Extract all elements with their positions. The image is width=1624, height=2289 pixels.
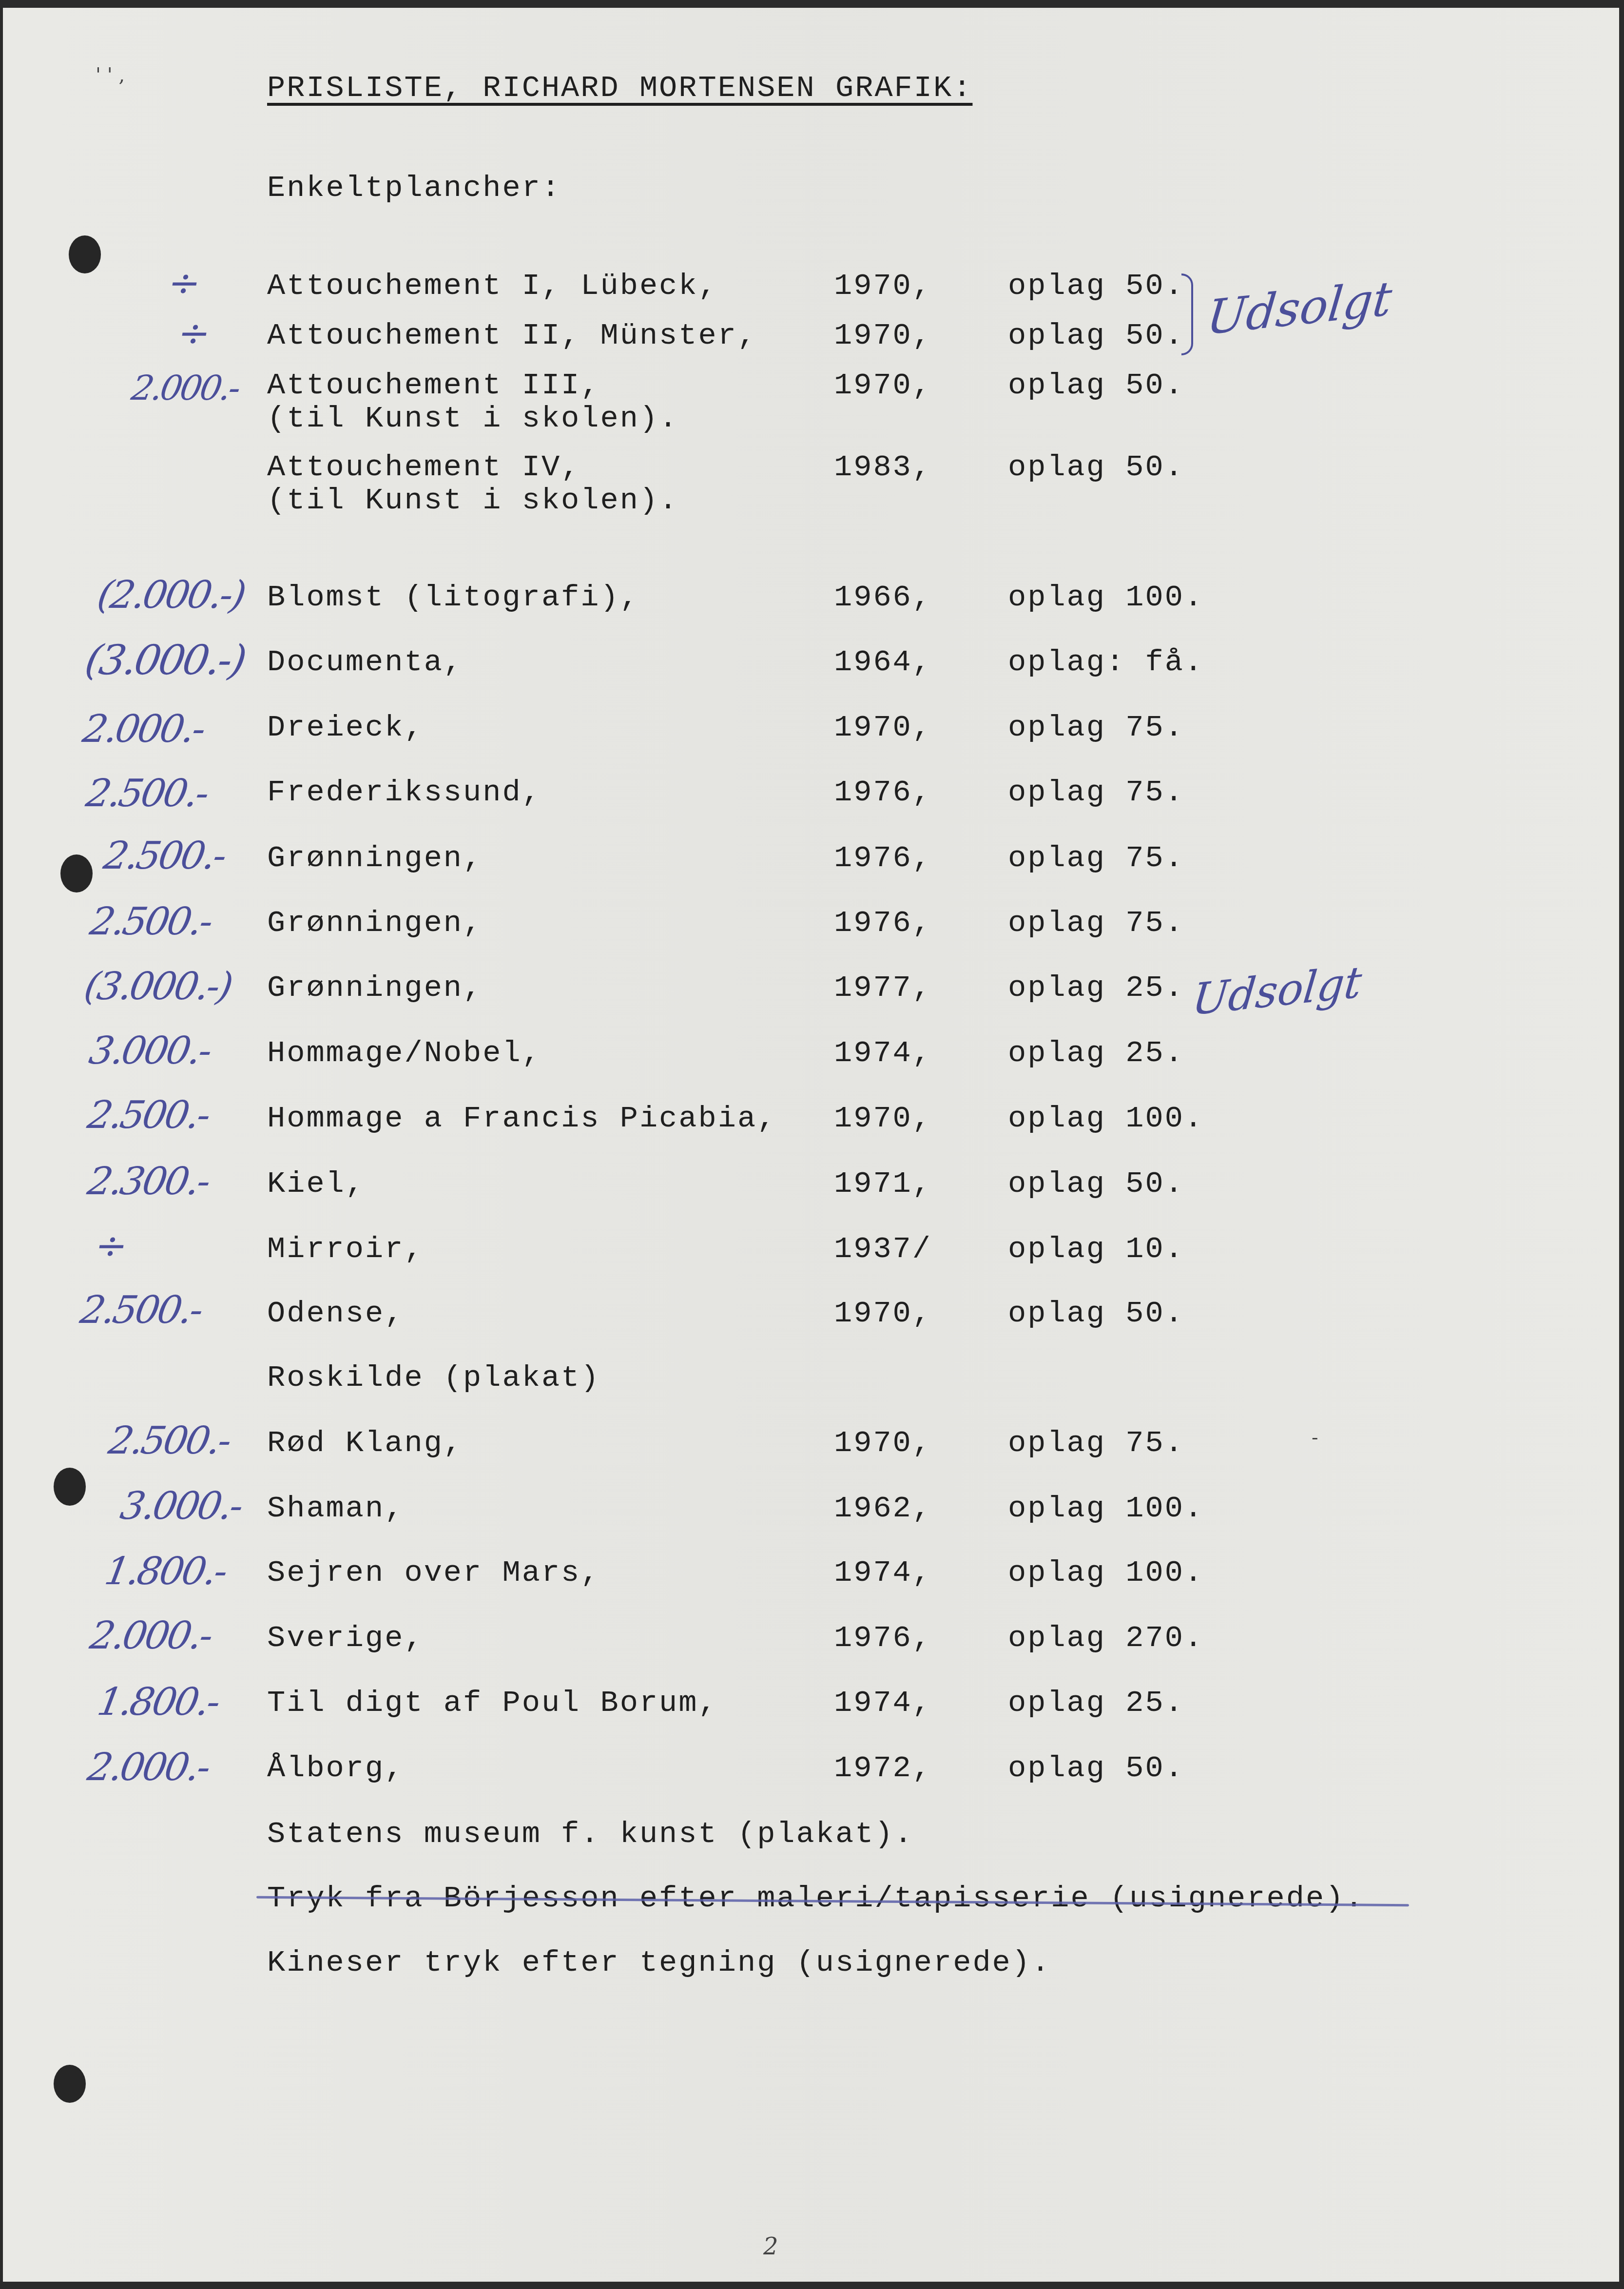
entry-year: 1976, [834,906,932,940]
entry-edition: oplag 50. [1008,1751,1184,1785]
entry-edition: oplag 75. [1008,841,1184,875]
entry-title: Hommage a Francis Picabia, [267,1102,776,1136]
page-number-mark: 2 [763,2233,778,2260]
entry-edition: oplag 75. [1008,711,1184,745]
footer-line-kineser-tryk: Kineser tryk efter tegning (usignerede). [267,1946,1051,1980]
price-note: 2.000.- [80,710,207,749]
entry-edition: oplag 270. [1008,1621,1204,1655]
entry-title: Attouchement III, [267,369,600,403]
entry-edition: oplag 50. [1008,450,1184,485]
entry-year: 1970, [834,1102,932,1136]
entry-year: 1937/ [834,1232,932,1266]
entry-title: Hommage/Nobel, [267,1036,541,1070]
price-note: 2.000.- [85,1748,212,1787]
price-note: 2.500.- [101,836,228,875]
entry-edition: oplag 75. [1008,776,1184,810]
entry-title: Roskilde (plakat) [267,1361,600,1395]
entry-title: Mirroir, [267,1232,424,1266]
entry-year: 1964, [834,645,932,679]
entry-edition: oplag 75. [1008,1426,1184,1460]
entry-year: 1971, [834,1167,932,1201]
entry-edition: oplag 50. [1008,1297,1184,1331]
entry-year: 1976, [834,841,932,875]
price-note: (3.000.-) [82,640,248,679]
entry-edition: oplag 75. [1008,906,1184,940]
entry-edition: oplag 25. [1008,971,1184,1005]
stray-mark-top-left: ' ' , [96,64,125,86]
entry-title: Attouchement II, Münster, [267,319,757,353]
entry-edition: oplag 50. [1008,369,1184,403]
section-heading: Enkeltplancher: [267,171,561,205]
price-note: 3.000.- [117,1487,245,1526]
entry-edition: oplag 10. [1008,1232,1184,1266]
price-note: 2.500.- [106,1421,233,1460]
page-title: PRISLISTE, RICHARD MORTENSEN GRAFIK: [267,71,972,105]
price-note: 3.000.- [86,1031,213,1070]
entry-title: Dreieck, [267,711,424,745]
entry-year: 1970, [834,1297,932,1331]
punch-hole-2 [60,854,93,892]
document-page: ' ' , - PRISLISTE, RICHARD MORTENSEN GRA… [3,8,1619,2282]
price-note: ÷ [165,264,204,303]
entry-year: 1974, [834,1686,932,1720]
entry-subtitle: (til Kunst i skolen). [267,402,678,436]
sold-out-note: Udsolgt [1204,271,1394,346]
entry-title: Documenta, [267,645,463,679]
entry-year: 1976, [834,1621,932,1655]
entry-edition: oplag 50. [1008,269,1184,303]
price-note: 2.000.- [129,369,242,407]
price-note: 2.500.- [83,774,211,813]
price-note: 1.800.- [95,1683,222,1722]
entry-edition: oplag 100. [1008,581,1204,615]
entry-title: Odense, [267,1297,404,1331]
entry-edition: oplag 100. [1008,1102,1204,1136]
entry-title: Sejren over Mars, [267,1556,600,1590]
entry-title: Grønningen, [267,971,483,1005]
entry-edition: oplag 50. [1008,319,1184,353]
punch-hole-4 [54,2065,86,2103]
sold-out-note: Udsolgt [1190,956,1364,1025]
punch-hole-1 [69,235,101,273]
entry-year: 1970, [834,269,932,303]
entry-edition: oplag 100. [1008,1556,1204,1590]
entry-year: 1972, [834,1751,932,1785]
price-note: 2.500.- [77,1291,205,1330]
entry-year: 1970, [834,319,932,353]
entry-subtitle: (til Kunst i skolen). [267,484,678,518]
entry-year: 1970, [834,369,932,403]
entry-title: Ålborg, [267,1751,404,1785]
price-note: 2.500.- [87,902,214,941]
entry-year: 1974, [834,1556,932,1590]
price-note: (3.000.-) [81,967,234,1006]
entry-year: 1977, [834,971,932,1005]
entry-edition: oplag: få. [1008,645,1204,679]
entry-year: 1962, [834,1492,932,1526]
sold-out-brace [1181,273,1193,355]
entry-title: Rød Klang, [267,1426,463,1460]
entry-edition: oplag 25. [1008,1686,1184,1720]
entry-title: Shaman, [267,1492,404,1526]
punch-hole-3 [54,1468,86,1506]
footer-line-statens-museum: Statens museum f. kunst (plakat). [267,1817,914,1851]
entry-year: 1983, [834,450,932,485]
entry-year: 1970, [834,711,932,745]
entry-title: Frederikssund, [267,776,541,810]
entry-year: 1966, [834,581,932,615]
entry-edition: oplag 50. [1008,1167,1184,1201]
price-note: ÷ [92,1226,131,1265]
entry-edition: oplag 25. [1008,1036,1184,1070]
stray-mark-right: - [1312,1426,1318,1449]
entry-title: Sverige, [267,1621,424,1655]
entry-title: Kiel, [267,1167,365,1201]
price-note: ÷ [175,314,213,353]
price-note: 2.500.- [85,1096,212,1135]
entry-title: Grønningen, [267,906,483,940]
entry-title: Grønningen, [267,841,483,875]
price-note: 2.300.- [85,1162,212,1201]
price-note: 2.000.- [87,1616,214,1655]
entry-year: 1974, [834,1036,932,1070]
price-note: (2.000.-) [95,576,247,615]
entry-title: Attouchement IV, [267,450,580,485]
entry-title: Attouchement I, Lübeck, [267,269,718,303]
entry-title: Til digt af Poul Borum, [267,1686,718,1720]
entry-year: 1970, [834,1426,932,1460]
price-note: 1.800.- [102,1552,229,1591]
entry-year: 1976, [834,776,932,810]
entry-edition: oplag 100. [1008,1492,1204,1526]
entry-title: Blomst (litografi), [267,581,639,615]
